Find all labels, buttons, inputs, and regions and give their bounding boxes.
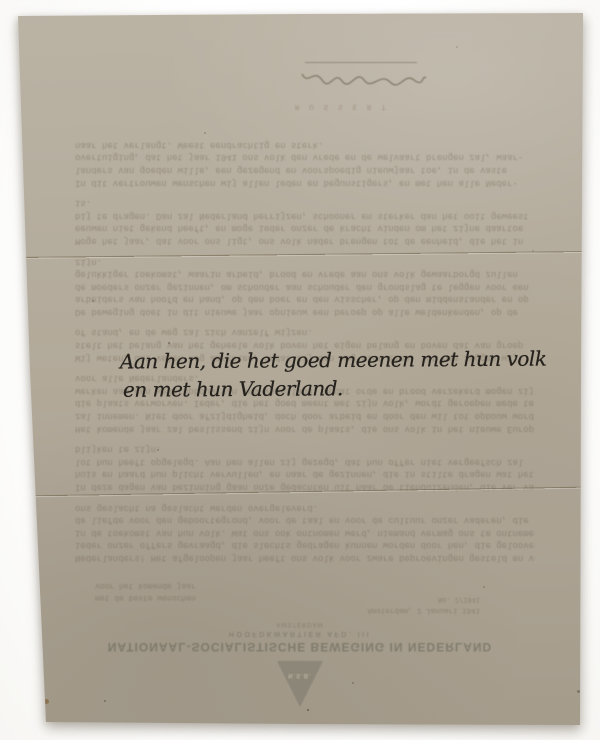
bleed-text-line: blijken te zijn.: [75, 443, 535, 456]
bleed-text-line: Nederlanders! Het afgeloopen jaar heeft …: [75, 551, 535, 564]
bleed-closing-line: voor het komende jaar: [95, 581, 196, 590]
nsb-triangle-logo-icon: [277, 661, 323, 707]
bleed-reference-line: No. 2/1941: [400, 595, 480, 603]
bleed-text-line: eeuwen niet gekend heeft, en moge ieder …: [75, 222, 535, 235]
handwritten-dedication-line: Aan hen, die het goed meenen met hun vol…: [120, 347, 547, 374]
bleed-closing-line: met de beste wenschen: [95, 593, 196, 602]
bleed-paragraph: Nederlanders! Het afgeloopen jaar heeft …: [75, 501, 535, 564]
letterhead-address: AMSTERDAM: [0, 621, 600, 627]
bleed-text-line: landers van goeden wille, een gezegend e…: [75, 163, 535, 176]
bleed-date-line: Amsterdam, 2 Januari 1941: [355, 606, 480, 614]
bleed-text-line: of stand, en de weg zal zich vanzelf wij…: [75, 326, 535, 339]
paper-speck: [104, 700, 106, 702]
bleed-text-line: In dit vertrouwen wenschen wij allen led…: [75, 176, 535, 189]
bleed-text-line: ieder onzer offers gevraagd, die slechts…: [75, 539, 535, 552]
paper-speck: [352, 682, 354, 684]
bleed-text-line: De beweging doet in dit nieuwe jaar opni…: [75, 305, 535, 318]
letterhead-department: HOOFDKWARTIER AFD. III: [0, 630, 600, 637]
bleed-signature-rule: [305, 62, 417, 63]
paper-shadow-wrap: N.S.B. NATIONAAL-SOCIALISTISCHE BEWEGING…: [0, 0, 600, 740]
bleed-text-line: de liefde voor den geboortegrond, voor d…: [75, 514, 535, 527]
paper-speck: [483, 586, 485, 588]
bleed-text-line: Moge het jaar, dat voor ons ligt, ons vo…: [75, 234, 535, 247]
bleed-text-line: zal innemen. Niet door afzijdigheid, doc…: [75, 409, 535, 422]
photo-of-document: N.S.B. NATIONAAL-SOCIALISTISCHE BEWEGING…: [0, 0, 600, 740]
bleed-text-line: overtuiging, dat het jaar 1941 ons volk …: [75, 151, 535, 164]
paper-speck: [532, 250, 534, 252]
bleed-paragraph: Moge het jaar, dat voor ons ligt, ons vo…: [75, 197, 535, 247]
bleed-text-line: is.: [75, 197, 535, 210]
bleed-text-line: gelukkiger toekomst, waarin arbeid, broo…: [75, 268, 535, 281]
bleed-text-line: huis en haard hun plicht vervullen, en n…: [75, 468, 535, 481]
paper-speck: [204, 132, 206, 134]
bleed-paragraph: In dit vertrouwen wenschen wij allen led…: [75, 138, 535, 188]
bleed-text-line: bij te dragen. Dan zal Nederland herrijz…: [75, 209, 535, 222]
bleed-text-line: Het komende jaar zal beslissend zijn voo…: [75, 422, 535, 435]
paper-speck: [168, 342, 170, 344]
bleed-text-line: arbeiders van hoofd en hand, op den boer…: [75, 293, 535, 306]
bleed-paragraph: In deze dagen van bezinning gaan onze ge…: [75, 443, 535, 493]
paper-speck: [44, 699, 49, 704]
paper-speck: [577, 690, 580, 693]
bleed-text-line: lot hun heeft opgelegd. Aan hen allen zi…: [75, 455, 535, 468]
bleed-text-line: in de toekomst van hun volk. Wat ons ook…: [75, 526, 535, 539]
paper-speck: [157, 449, 159, 451]
paper-speck: [307, 709, 309, 711]
handwritten-dedication-line: en met hun Vaderland.: [123, 376, 343, 402]
paper-speck: [92, 300, 94, 302]
bleed-signature-scribble: [300, 66, 428, 88]
paper-speck: [456, 46, 458, 48]
bleed-paragraph: De beweging doet in dit nieuwe jaar opni…: [75, 255, 535, 318]
bleed-signature-name: M U S S E R T: [295, 102, 389, 110]
paper-sheet: N.S.B. NATIONAAL-SOCIALISTISCHE BEWEGING…: [0, 0, 600, 740]
bleed-text-line: naar het verlangt. Weest eendrachtig en …: [75, 138, 535, 151]
letterhead-organization: NATIONAAL-SOCIALISTISCHE BEWEGING IN NED…: [0, 640, 600, 654]
bleed-text-line: ons geslacht na geslacht werden overgele…: [75, 501, 535, 514]
bleed-text-line: de moeders onzer gezinnen, om schouder a…: [75, 280, 535, 293]
logo-monogram: N.S.B.: [277, 672, 323, 678]
